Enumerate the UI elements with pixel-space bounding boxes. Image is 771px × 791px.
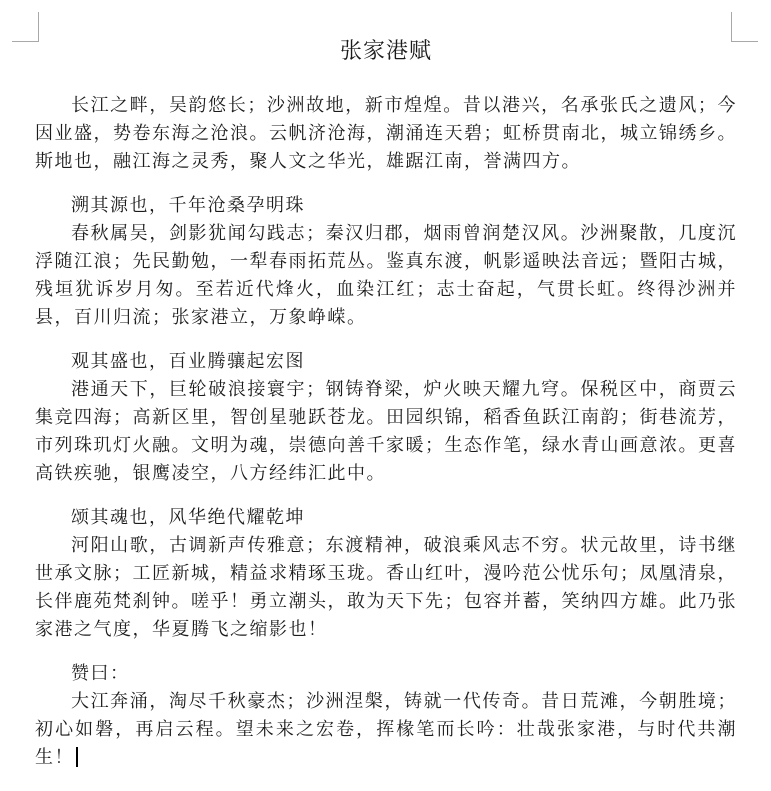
text-area[interactable]: 张家港赋 长江之畔，吴韵悠长；沙洲故地，新市煌煌。昔以港兴，名承张氏之遗风；今因…	[35, 36, 737, 771]
body-paragraph[interactable]: 春秋属吴，剑影犹闻勾践志；秦汉归郡，烟雨曾润楚汉风。沙洲聚散，几度沉浮随江浪；先…	[35, 219, 737, 331]
section-heading[interactable]: 溯其源也，千年沧桑孕明珠	[35, 191, 737, 219]
body-paragraph[interactable]: 长江之畔，吴韵悠长；沙洲故地，新市煌煌。昔以港兴，名承张氏之遗风；今因业盛，势卷…	[35, 91, 737, 175]
blank-line	[35, 331, 737, 347]
section-heading[interactable]: 颂其魂也，风华绝代耀乾坤	[35, 503, 737, 531]
body-paragraph[interactable]: 港通天下，巨轮破浪接寰宇；钢铸脊梁，炉火映天耀九穹。保税区中，商贾云集竞四海；高…	[35, 375, 737, 487]
blank-line	[35, 487, 737, 503]
document-body: 长江之畔，吴韵悠长；沙洲故地，新市煌煌。昔以港兴，名承张氏之遗风；今因业盛，势卷…	[35, 91, 737, 771]
document-title[interactable]: 张家港赋	[35, 36, 737, 66]
section-heading[interactable]: 观其盛也，百业腾骧起宏图	[35, 347, 737, 375]
body-paragraph[interactable]: 大江奔涌，淘尽千秋豪杰；沙洲涅槃，铸就一代传奇。昔日荒滩，今朝胜境；初心如磐，再…	[35, 687, 737, 771]
blank-line	[35, 175, 737, 191]
text-cursor	[76, 747, 78, 767]
blank-line	[35, 643, 737, 659]
body-paragraph[interactable]: 河阳山歌，古调新声传雅意；东渡精神，破浪乘风志不穷。状元故里，诗书继世承文脉；工…	[35, 531, 737, 643]
section-heading[interactable]: 赞曰：	[35, 659, 737, 687]
document-page: { "colors":{ "text":"#1b1b1b", "margin_m…	[0, 0, 771, 791]
